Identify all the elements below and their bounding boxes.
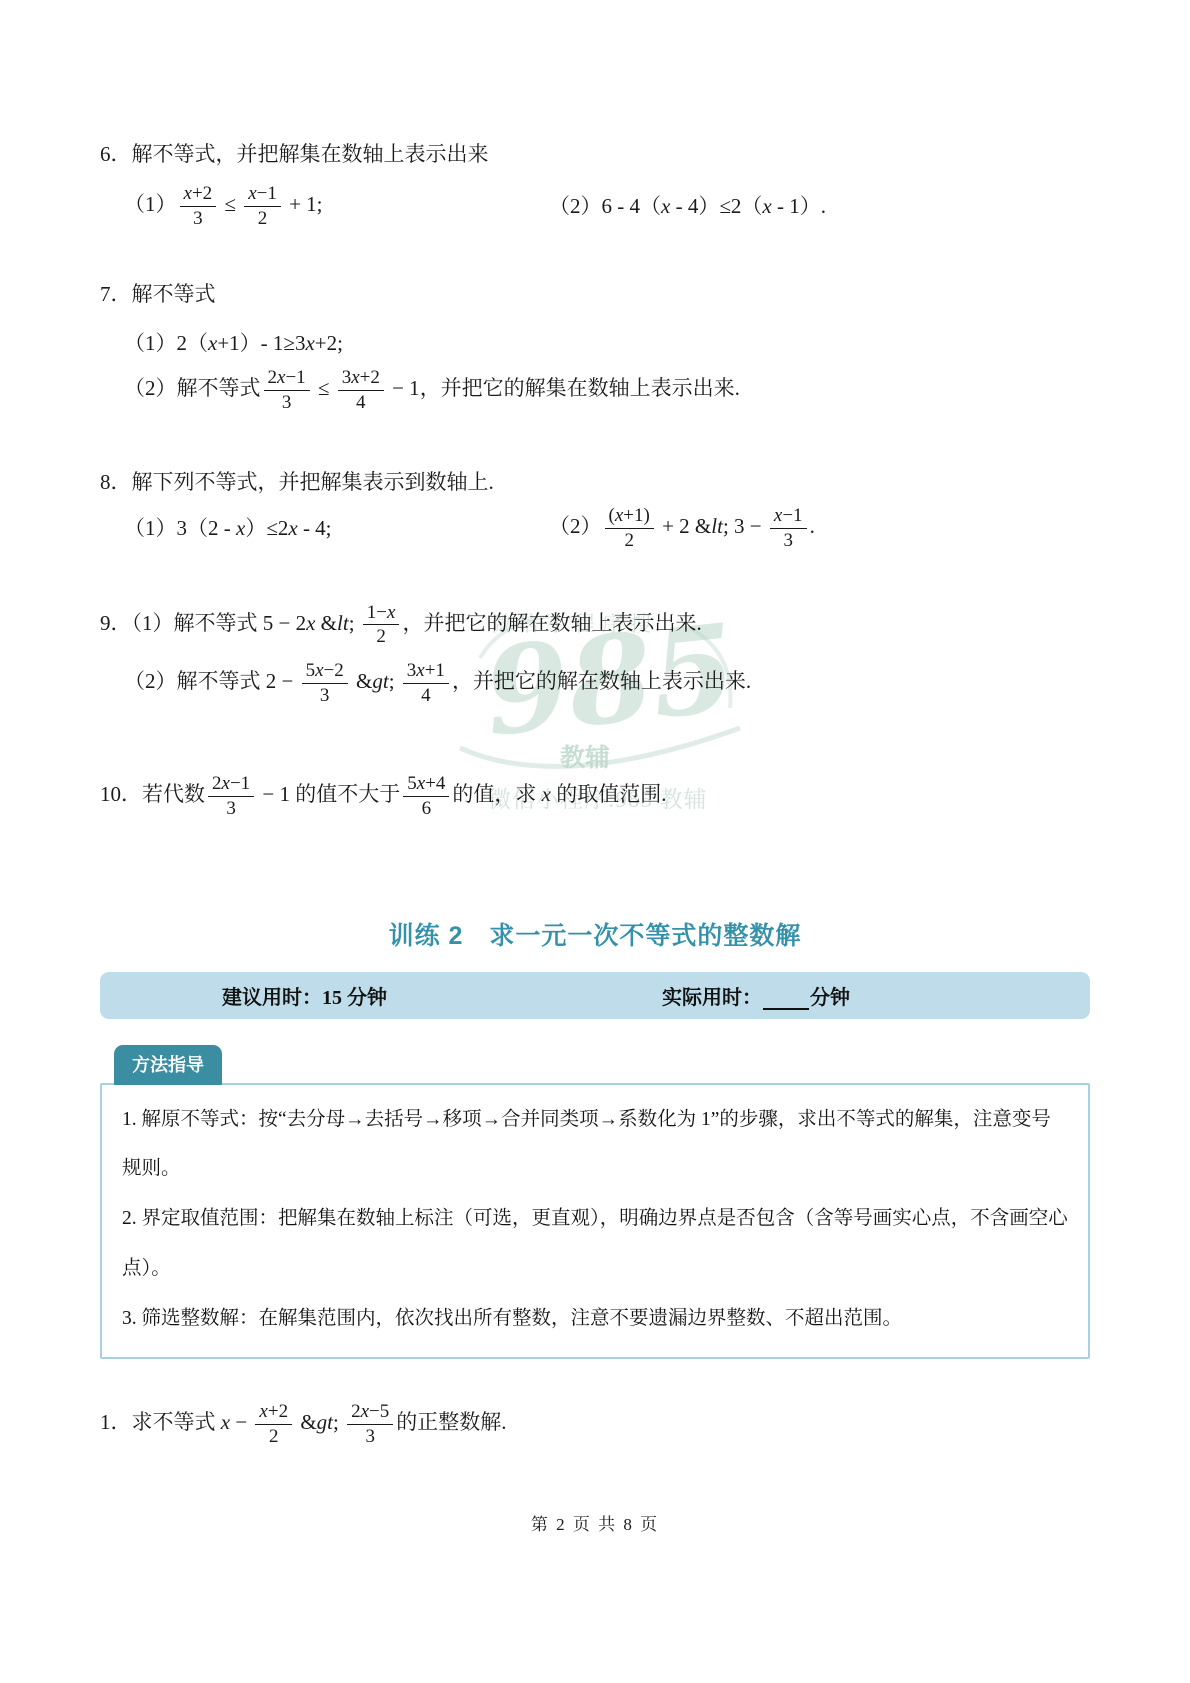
fraction-numerator: 3x+2 — [338, 367, 384, 391]
fraction: 2x−13 — [208, 773, 254, 820]
fraction: 2x−53 — [347, 1401, 393, 1448]
fraction: 5x−23 — [302, 660, 348, 707]
fraction-denominator: 3 — [222, 797, 240, 820]
problem-7-title: 7．解不等式 — [100, 280, 1090, 309]
problem-6-parts: （1）x+23 ≤ x−12 + 1; （2）6 - 4（x - 4）≤2（x … — [100, 183, 1090, 230]
text-run: （2）解不等式 — [124, 376, 261, 400]
fraction-denominator: 3 — [278, 391, 296, 414]
fraction-numerator: 2x−1 — [264, 367, 310, 391]
problem-8-part2: （2）(x+1)2 + 2 &lt; 3 − x−13. — [549, 505, 1090, 552]
math-run: + 1; — [284, 193, 323, 217]
fraction-numerator: 3x+1 — [403, 660, 449, 684]
text-run: 的值，求 — [452, 782, 541, 806]
fraction-denominator: 3 — [189, 207, 207, 230]
fraction-denominator: 2 — [620, 529, 638, 552]
problem-9-line2: （2）解不等式 2 − 5x−23 &gt; 3x+14，并把它的解在数轴上表示… — [100, 660, 1090, 707]
fraction: 3x+14 — [403, 660, 449, 707]
fraction: x+23 — [180, 183, 217, 230]
math-run: − 1 — [257, 782, 295, 806]
actual-time-suffix: 分钟 — [810, 981, 850, 1010]
math-run: 5 − 2x &lt; — [263, 611, 360, 635]
fraction-denominator: 2 — [372, 625, 390, 648]
problem-8-part1: （1）3（2 - x）≤2x - 4; — [124, 514, 549, 543]
math-run: （1）3（2 - x）≤2x - 4; — [124, 516, 332, 540]
fraction-numerator: x−1 — [244, 183, 281, 207]
fraction-numerator: 1−x — [363, 602, 400, 626]
math-run: − 1 — [387, 376, 420, 400]
problem-8-parts: （1）3（2 - x）≤2x - 4; （2）(x+1)2 + 2 &lt; 3… — [100, 505, 1090, 552]
training-problem-1: 1．求不等式 x − x+22 &gt; 2x−53的正整数解. — [100, 1401, 1090, 1448]
fraction: x+22 — [255, 1401, 292, 1448]
problem-10-line: 10．若代数2x−13 − 1 的值不大于5x+46的值，求 x 的取值范围. — [100, 773, 1090, 820]
problem-7-part2: （2）解不等式2x−13 ≤ 3x+24 − 1，并把它的解集在数轴上表示出来. — [100, 367, 1090, 414]
math-run: . — [810, 514, 815, 538]
math-run: （2）6 - 4（x - 4）≤2（x - 1）. — [549, 194, 826, 218]
math-run: + 2 &lt; 3 − — [657, 514, 767, 538]
fraction-numerator: 5x+4 — [403, 773, 449, 797]
math-run: &gt; — [295, 1410, 344, 1434]
text-run: 9．（1）解不等式 — [100, 611, 263, 635]
text-run: 的正整数解. — [396, 1410, 506, 1434]
fraction-denominator: 2 — [265, 1425, 283, 1448]
text-run: 的取值范围. — [551, 782, 667, 806]
fraction: 1−x2 — [363, 602, 400, 649]
problem-6-part2: （2）6 - 4（x - 4）≤2（x - 1）. — [549, 192, 1090, 221]
text-run: ，并把它的解集在数轴上表示出来. — [420, 376, 740, 400]
time-banner: 建议用时：15 分钟 实际用时： 分钟 — [100, 972, 1090, 1019]
actual-time-label: 实际用时： — [662, 981, 762, 1010]
method-line-1: 1. 解原不等式：按“去分母→去括号→移项→合并同类项→系数化为 1”的步骤，求… — [122, 1095, 1068, 1194]
fraction-numerator: 5x−2 — [302, 660, 348, 684]
fraction: 2x−13 — [264, 367, 310, 414]
fraction-numerator: (x+1) — [605, 505, 654, 529]
fraction: x−12 — [244, 183, 281, 230]
text-run: 1．求不等式 — [100, 1410, 221, 1434]
problem-6-part1: （1）x+23 ≤ x−12 + 1; — [124, 183, 549, 230]
math-run: x — [542, 782, 551, 806]
page-content: 6．解不等式，并把解集在数轴上表示出来 （1）x+23 ≤ x−12 + 1; … — [0, 0, 1190, 1535]
math-run: ≤ — [219, 193, 241, 217]
method-guidance-box: 1. 解原不等式：按“去分母→去括号→移项→合并同类项→系数化为 1”的步骤，求… — [100, 1083, 1090, 1360]
text-run: （2） — [549, 514, 602, 538]
fraction-numerator: 2x−5 — [347, 1401, 393, 1425]
fraction-numerator: 2x−1 — [208, 773, 254, 797]
text-run: ，并把它的解在数轴上表示出来. — [452, 669, 751, 693]
fraction-denominator: 3 — [316, 684, 334, 707]
method-line-2: 2. 界定取值范围：把解集在数轴上标注（可选，更直观），明确边界点是否包含（含等… — [122, 1194, 1068, 1293]
fraction-denominator: 3 — [361, 1425, 379, 1448]
problem-9-line1: 9．（1）解不等式 5 − 2x &lt; 1−x2，并把它的解在数轴上表示出来… — [100, 602, 1090, 649]
suggested-time-label: 建议用时：15 分钟 — [222, 981, 387, 1010]
problem-8-title: 8．解下列不等式，并把解集表示到数轴上. — [100, 468, 1090, 497]
worksheet-page: 微信小程序搜 985 教辅 微信小程序:985 教辅 6．解不等式，并把解集在数… — [0, 0, 1190, 1683]
fraction-denominator: 4 — [417, 684, 435, 707]
method-line-3: 3. 筛选整数解：在解集范围内，依次找出所有整数，注意不要遗漏边界整数、不超出范… — [122, 1294, 1068, 1344]
fraction: x−13 — [770, 505, 807, 552]
text-run: （1） — [124, 193, 177, 217]
fraction-denominator: 3 — [779, 529, 797, 552]
actual-time-group: 实际用时： 分钟 — [662, 981, 850, 1010]
math-run: 2 − — [266, 669, 299, 693]
page-number: 第 2 页 共 8 页 — [100, 1510, 1090, 1535]
fraction-denominator: 4 — [352, 391, 370, 414]
actual-time-blank — [763, 988, 809, 1010]
math-run: （1）2（x+1）- 1≥3x+2; — [124, 331, 343, 355]
fraction-denominator: 6 — [418, 797, 436, 820]
fraction-numerator: x+2 — [255, 1401, 292, 1425]
text-run: 10．若代数 — [100, 782, 205, 806]
text-run: （2）解不等式 — [124, 669, 266, 693]
fraction: (x+1)2 — [605, 505, 654, 552]
text-run: 的值不大于 — [295, 782, 400, 806]
math-run: ≤ — [313, 376, 335, 400]
fraction-denominator: 2 — [254, 207, 272, 230]
math-run: &gt; — [351, 669, 400, 693]
math-run: x − — [221, 1410, 253, 1434]
section2-header: 训练 2 求一元一次不等式的整数解 — [100, 916, 1090, 952]
method-guidance-tab: 方法指导 — [114, 1045, 222, 1085]
text-run: ，并把它的解在数轴上表示出来. — [402, 611, 701, 635]
fraction: 3x+24 — [338, 367, 384, 414]
fraction-numerator: x−1 — [770, 505, 807, 529]
problem-6-title: 6．解不等式，并把解集在数轴上表示出来 — [100, 140, 1090, 169]
fraction: 5x+46 — [403, 773, 449, 820]
fraction-numerator: x+2 — [180, 183, 217, 207]
problem-7-part1: （1）2（x+1）- 1≥3x+2; — [100, 329, 1090, 358]
